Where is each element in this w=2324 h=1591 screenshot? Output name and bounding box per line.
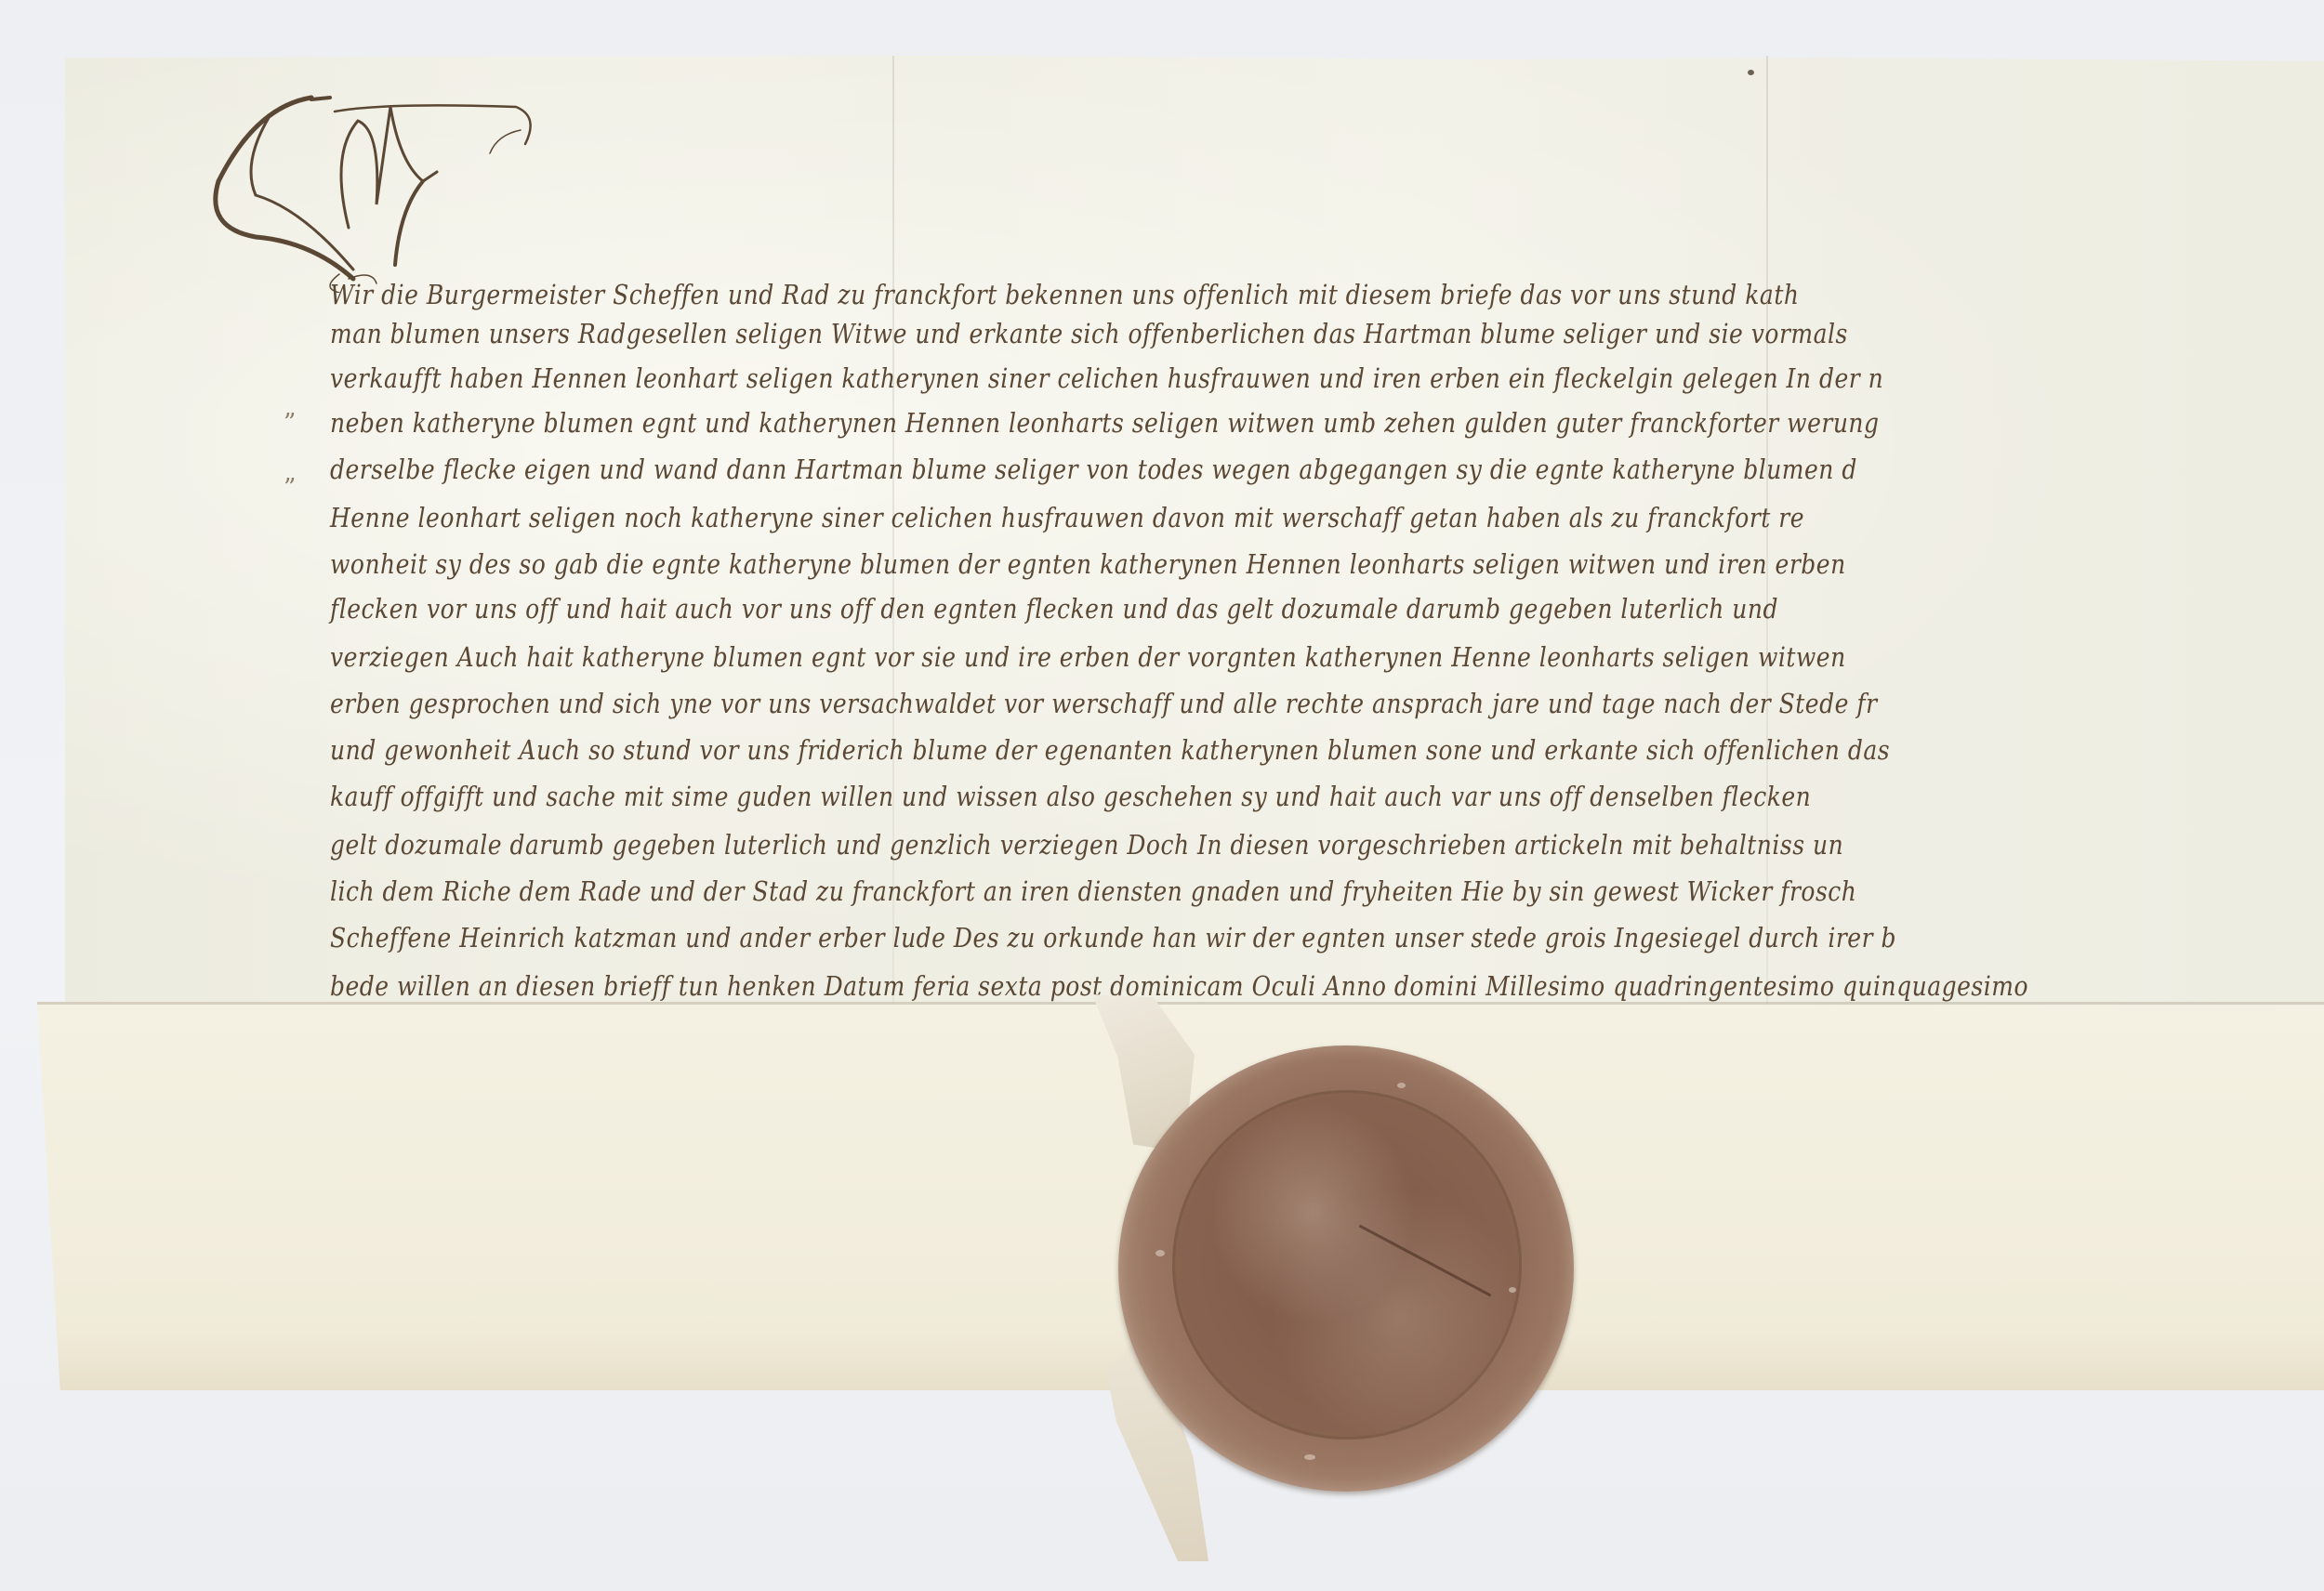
text-line: wonheit sy des so gab die egnte katheryn…: [330, 549, 1846, 582]
text-line: verkaufft haben Hennen leonhart seligen …: [330, 363, 1883, 396]
text-line: Henne leonhart seligen noch katheryne si…: [330, 503, 1804, 535]
text-line: man blumen unsers Radgesellen seligen Wi…: [330, 319, 1848, 351]
seal-speck: [1155, 1250, 1165, 1256]
plica-crease: [37, 1002, 2324, 1005]
text-line: erben gesprochen und sich yne vor uns ve…: [330, 689, 1878, 721]
text-line: Scheffene Heinrich katzman und ander erb…: [330, 923, 1896, 955]
text-line: und gewonheit Auch so stund vor uns frid…: [330, 735, 1890, 768]
seal-speck: [1397, 1083, 1406, 1088]
text-line: kauff offgifft und sache mit sime guden …: [330, 782, 1811, 814]
margin-mark: ”: [284, 409, 296, 437]
text-line: neben katheryne blumen egnt und katheryn…: [330, 408, 1880, 440]
decorated-initial-w-icon: [200, 79, 572, 293]
wax-seal: [1118, 1045, 1574, 1492]
text-line: bede willen an diesen brieff tun henken …: [330, 971, 2028, 1004]
text-line: lich dem Riche dem Rade und der Stad zu …: [330, 876, 1856, 909]
seal-speck: [1304, 1454, 1315, 1460]
text-line: derselbe flecke eigen und wand dann Hart…: [330, 454, 1857, 487]
margin-mark: ”: [284, 474, 296, 502]
text-line: verziegen Auch hait katheryne blumen egn…: [330, 642, 1846, 675]
seal-speck: [1509, 1287, 1516, 1293]
text-line: Wir die Burgermeister Scheffen und Rad z…: [330, 280, 1799, 312]
seal-impression: [1172, 1090, 1522, 1440]
text-line: gelt dozumale darumb gegeben luterlich u…: [330, 830, 1843, 862]
text-line: flecken vor uns off und hait auch vor un…: [330, 594, 1778, 626]
pin-hole: [1748, 70, 1754, 75]
